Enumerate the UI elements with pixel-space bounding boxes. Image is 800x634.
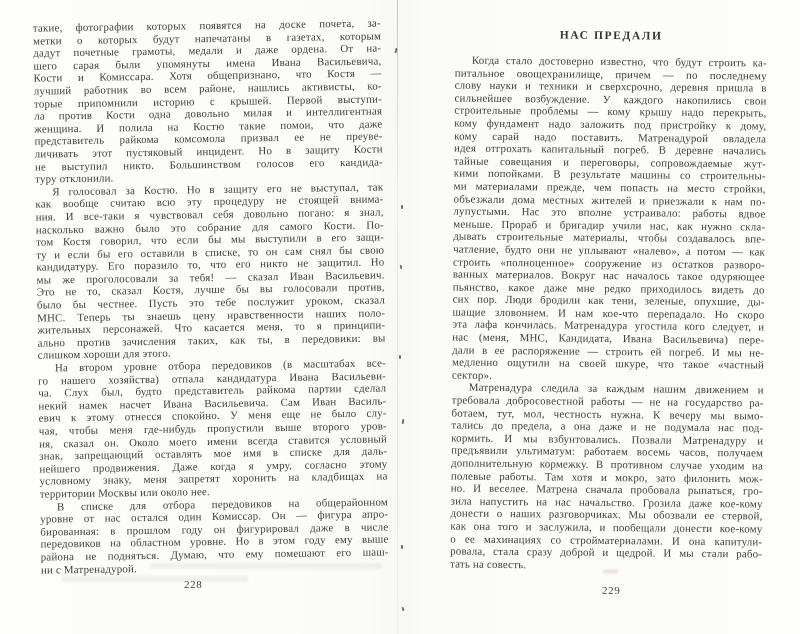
right-page: НАС ПРЕДАЛИ Когда стало достоверно извес… — [450, 29, 767, 574]
scan-speck — [395, 48, 398, 53]
page-gutter-line — [397, 0, 398, 634]
scan-speck — [401, 545, 403, 549]
book-spread: такие, фотографии которых появятся на до… — [0, 0, 800, 634]
right-page-body: Когда стало достоверно известно, что буд… — [450, 55, 767, 574]
chapter-header: НАС ПРЕДАЛИ — [455, 29, 767, 45]
scan-speck — [401, 205, 403, 209]
scan-speck — [399, 355, 401, 359]
scan-speck — [402, 607, 405, 611]
bleed-through-text — [62, 576, 248, 582]
scan-speck — [400, 265, 403, 269]
scan-speck — [402, 419, 405, 424]
page-number-right: 229 — [602, 585, 620, 597]
left-page: такие, фотографии которых появятся на до… — [33, 17, 389, 576]
page-number-left: 228 — [184, 579, 202, 591]
